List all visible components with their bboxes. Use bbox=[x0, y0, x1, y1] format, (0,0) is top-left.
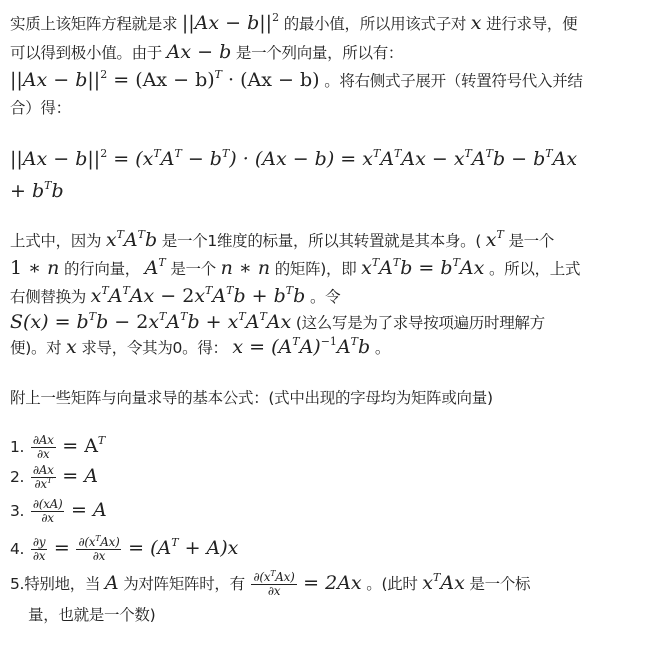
math-norm-ax-minus-b: ||Ax − b||2 bbox=[182, 12, 279, 34]
math-solution: x = (ATA)−1ATb bbox=[232, 336, 370, 358]
list-number: 4. bbox=[10, 540, 24, 558]
text: 是一个 bbox=[508, 232, 554, 250]
equation-line-1: ||Ax − b||2 = (xTAT − bT) · (Ax − b) = x… bbox=[10, 146, 577, 172]
formula-rhs: = 2Ax bbox=[303, 572, 361, 594]
formula-2: 2. ∂Ax∂xT = A bbox=[10, 463, 98, 491]
math-x: x bbox=[66, 336, 77, 358]
text: 求导，令其为0。得： bbox=[81, 339, 227, 357]
text: 实质上该矩阵方程就是求 bbox=[10, 15, 177, 33]
math-transpose-identity: xTATb = bTAx bbox=[361, 257, 484, 279]
formula-rhs: = A bbox=[62, 465, 98, 487]
fraction: ∂(xA)∂x bbox=[31, 498, 65, 525]
text: 合）得： bbox=[10, 99, 71, 117]
document: 实质上该矩阵方程就是求 ||Ax − b||2 的最小值，所以用该式子对 x 进… bbox=[0, 0, 661, 651]
math-replaced-expression: xTATAx − 2xTATb + bTb bbox=[91, 285, 306, 307]
equation-line-2: + bTb bbox=[10, 178, 64, 204]
formula-rhs: = (AT + A)x bbox=[128, 537, 238, 559]
list-number: 3. bbox=[10, 502, 24, 520]
text: 是一个1维度的标量，所以其转置就是其本身。( bbox=[162, 232, 481, 250]
math-xt: xT bbox=[486, 229, 504, 251]
formulas-intro: 附上一些矩阵与向量求导的基本公式：(式中出现的字母均为矩阵或向量) bbox=[10, 385, 493, 411]
formula-3: 3. ∂(xA)∂x = A bbox=[10, 497, 107, 525]
math-x: x bbox=[471, 12, 482, 34]
text: 进行求导，便 bbox=[486, 15, 577, 33]
math-ax-minus-b: Ax − b bbox=[167, 41, 232, 63]
math-xtax: xTAx bbox=[422, 572, 465, 594]
formula-rhs: = AT bbox=[62, 435, 105, 457]
text: 便)。对 bbox=[10, 339, 61, 357]
fraction: ∂Ax∂xT bbox=[31, 464, 56, 491]
equals: = bbox=[54, 537, 70, 559]
text: 特别地，当 bbox=[24, 575, 100, 593]
paragraph-1-line-2: 可以得到极小值。由于 Ax − b 是一个列向量，所以有： bbox=[10, 39, 403, 66]
list-number: 1. bbox=[10, 438, 24, 456]
math-s-of-x: S(x) = bTb − 2xTATb + xTATAx bbox=[10, 311, 291, 333]
paragraph-2-line-1: 上式中，因为 xTATb 是一个1维度的标量，所以其转置就是其本身。( xT 是… bbox=[10, 227, 554, 254]
text: 。(此时 bbox=[366, 575, 417, 593]
text: 右侧替换为 bbox=[10, 288, 86, 306]
math-a: A bbox=[105, 572, 119, 594]
formula-5-continuation: 量，也就是一个数) bbox=[28, 602, 155, 628]
math-n-by-n: n ∗ n bbox=[221, 257, 270, 279]
paragraph-2-line-4: S(x) = bTb − 2xTATb + xTATAx (这么写是为了求导按项… bbox=[10, 309, 545, 336]
text: 是一个标 bbox=[469, 575, 530, 593]
fraction: ∂(xTAx)∂x bbox=[76, 536, 121, 563]
fraction: ∂(xTAx)∂x bbox=[251, 571, 296, 598]
paragraph-2-line-5: 便)。对 x 求导，令其为0。得： x = (ATA)−1ATb 。 bbox=[10, 334, 390, 361]
formula-5: 5.特别地，当 A 为对阵矩阵时，有 ∂(xTAx)∂x = 2Ax 。(此时 … bbox=[10, 570, 530, 598]
paragraph-1-line-3: ||Ax − b||2 = (Ax − b)T · (Ax − b) 。将右侧式… bbox=[10, 67, 583, 94]
math-expansion: ||Ax − b||2 = (Ax − b)T · (Ax − b) bbox=[10, 69, 320, 91]
text: 。令 bbox=[310, 288, 340, 306]
text: 的最小值，所以用该式子对 bbox=[284, 15, 466, 33]
paragraph-2-line-2: 1 ∗ n 的行向量， AT 是一个 n ∗ n 的矩阵)，即 xTATb = … bbox=[10, 255, 580, 282]
formula-1: 1. ∂Ax∂x = AT bbox=[10, 433, 105, 461]
formula-rhs: = A bbox=[71, 499, 107, 521]
math-1-by-n: 1 ∗ n bbox=[10, 257, 59, 279]
text: 可以得到极小值。由于 bbox=[10, 44, 162, 62]
text: 为对阵矩阵时，有 bbox=[123, 575, 245, 593]
paragraph-1-line-1: 实质上该矩阵方程就是求 ||Ax − b||2 的最小值，所以用该式子对 x 进… bbox=[10, 10, 577, 37]
text: 。所以，上式 bbox=[489, 260, 580, 278]
paragraph-2-line-3: 右侧替换为 xTATAx − 2xTATb + bTb 。令 bbox=[10, 283, 340, 310]
text: 。将右侧式子展开（转置符号代入并结 bbox=[324, 72, 582, 90]
math-xtatb: xTATb bbox=[106, 229, 157, 251]
list-number: 2. bbox=[10, 468, 24, 486]
text: 上式中，因为 bbox=[10, 232, 101, 250]
text: 。 bbox=[375, 339, 390, 357]
text: 的行向量， bbox=[64, 260, 140, 278]
text: 是一个列向量，所以有： bbox=[236, 44, 403, 62]
text: 的矩阵)，即 bbox=[275, 260, 357, 278]
math-at: AT bbox=[145, 257, 166, 279]
formula-4: 4. ∂y∂x = ∂(xTAx)∂x = (AT + A)x bbox=[10, 535, 238, 563]
text: (这么写是为了求导按项遍历时理解方 bbox=[296, 314, 545, 332]
list-number: 5. bbox=[10, 575, 24, 593]
paragraph-1-line-4: 合）得： bbox=[10, 95, 71, 121]
fraction: ∂y∂x bbox=[31, 536, 47, 563]
text: 是一个 bbox=[170, 260, 216, 278]
fraction: ∂Ax∂x bbox=[31, 434, 56, 461]
